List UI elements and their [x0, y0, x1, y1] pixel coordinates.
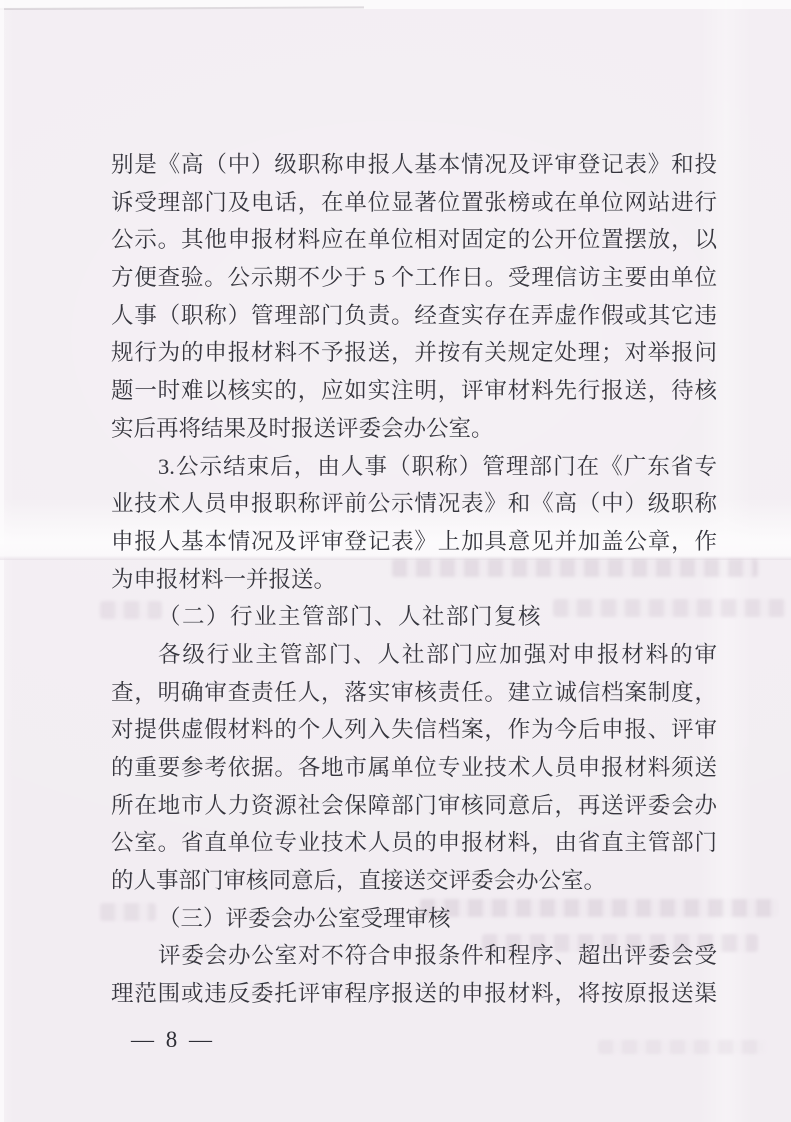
- text-line: 各级行业主管部门、人社部门应加强对申报材料的审: [111, 636, 717, 674]
- scan-edge-left: [0, 0, 4, 1122]
- section-heading: （三）评委会办公室受理审核: [111, 900, 717, 938]
- scanned-page: 别是《高（中）级职称申报人基本情况及评审登记表》和投 诉受理部门及电话，在单位显…: [0, 0, 791, 1122]
- bleedthrough-smudge: [598, 1040, 766, 1054]
- text-line: 的人事部门审核同意后，直接送交评委会办公室。: [111, 862, 717, 900]
- text-line: 对提供虚假材料的个人列入失信档案，作为今后申报、评审: [111, 711, 717, 749]
- text-line: 所在地市人力资源社会保障部门审核同意后，再送评委会办: [111, 787, 717, 825]
- text-line: 为申报材料一并报送。: [111, 561, 717, 599]
- document-body: 别是《高（中）级职称申报人基本情况及评审登记表》和投 诉受理部门及电话，在单位显…: [111, 146, 717, 1013]
- text-line: 公室。省直单位专业技术人员的申报材料，由省直主管部门: [111, 824, 717, 862]
- text-line: 业技术人员申报职称评前公示情况表》和《高（中）级职称: [111, 485, 717, 523]
- text-line: 理范围或违反委托评审程序报送的申报材料，将按原报送渠: [111, 975, 717, 1013]
- text-line: 公示。其他申报材料应在单位相对固定的公开位置摆放，以: [111, 221, 717, 259]
- text-line: 实后再将结果及时报送评委会办公室。: [111, 410, 717, 448]
- text-line: 申报人基本情况及评审登记表》上加具意见并加盖公章，作: [111, 523, 717, 561]
- page-number: — 8 —: [131, 1027, 215, 1053]
- text-line: 的重要参考依据。各地市属单位专业技术人员申报材料须送: [111, 749, 717, 787]
- text-line: 人事（职称）管理部门负责。经查实存在弄虚作假或其它违: [111, 297, 717, 335]
- text-line: 别是《高（中）级职称申报人基本情况及评审登记表》和投: [111, 146, 717, 184]
- text-line: 规行为的申报材料不予报送，并按有关规定处理；对举报问: [111, 334, 717, 372]
- text-line: 评委会办公室对不符合申报条件和程序、超出评委会受: [111, 937, 717, 975]
- text-line: 诉受理部门及电话，在单位显著位置张榜或在单位网站进行: [111, 184, 717, 222]
- text-line: 方便查验。公示期不少于 5 个工作日。受理信访主要由单位: [111, 259, 717, 297]
- scan-edge-line: [0, 6, 364, 10]
- section-heading: （二）行业主管部门、人社部门复核: [111, 598, 717, 636]
- text-line: 3.公示结束后，由人事（职称）管理部门在《广东省专: [111, 448, 717, 486]
- text-line: 题一时难以核实的，应如实注明，评审材料先行报送，待核: [111, 372, 717, 410]
- text-line: 查，明确审查责任人，落实审核责任。建立诚信档案制度，: [111, 674, 717, 712]
